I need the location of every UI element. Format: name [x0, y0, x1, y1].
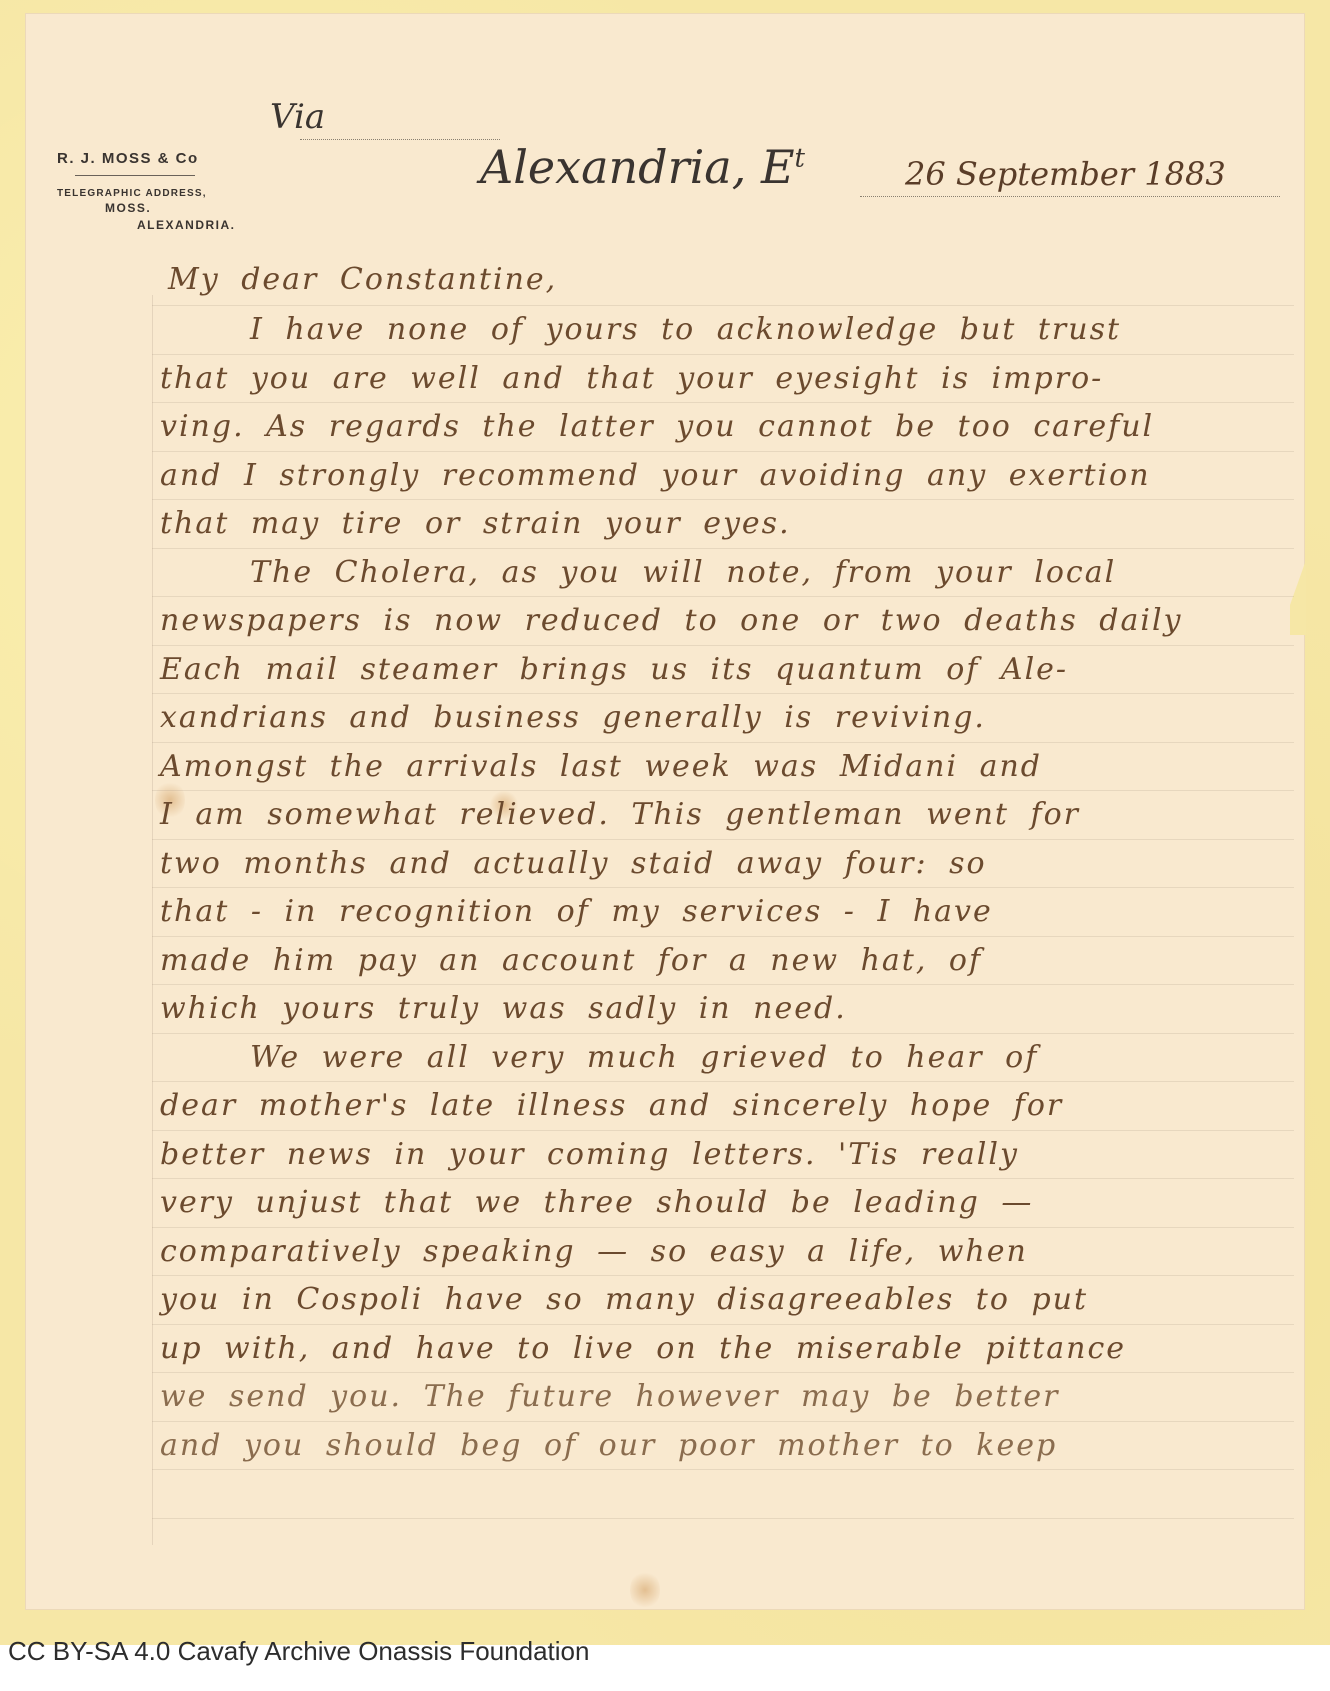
place-heading: Alexandria, Et [480, 140, 805, 194]
ruled-line [152, 499, 1294, 500]
letter-line: made him pay an account for a new hat, o… [160, 943, 982, 978]
letter-line: and you should beg of our poor mother to… [160, 1428, 1057, 1463]
via-label: Via [270, 97, 325, 137]
letter-line: better news in your coming letters. 'Tis… [160, 1137, 1019, 1172]
letter-line: newspapers is now reduced to one or two … [160, 603, 1183, 638]
ruled-line [152, 839, 1294, 840]
letter-line: ving. As regards the latter you cannot b… [160, 409, 1154, 444]
ruled-line [152, 451, 1294, 452]
foxing-stain [630, 1570, 660, 1610]
letter-line: Amongst the arrivals last week was Midan… [160, 749, 1042, 784]
ruled-line [152, 742, 1294, 743]
ruled-line [152, 354, 1294, 355]
letter-line: that you are well and that your eyesight… [160, 361, 1103, 396]
ruled-line [152, 1275, 1294, 1276]
letter-line: dear mother's late illness and sincerely… [160, 1088, 1063, 1123]
ruled-line [152, 548, 1294, 549]
ruled-line [152, 1518, 1294, 1519]
letter-line: very unjust that we three should be lead… [160, 1185, 1033, 1220]
ruled-line [152, 1130, 1294, 1131]
letterhead: R. J. MOSS & Co TELEGRAPHIC ADDRESS, MOS… [57, 150, 236, 232]
ruled-line [152, 984, 1294, 985]
ruled-line [152, 1324, 1294, 1325]
letter-line: xandrians and business generally is revi… [160, 700, 986, 735]
ruled-line [152, 1033, 1294, 1034]
letter-line: Each mail steamer brings us its quantum … [160, 652, 1068, 687]
telegraphic-address-2: ALEXANDRIA. [137, 218, 236, 232]
ruled-line [152, 305, 1294, 306]
telegraphic-label: TELEGRAPHIC ADDRESS, [57, 188, 236, 199]
ruled-line [152, 402, 1294, 403]
letter-line: I have none of yours to acknowledge but … [250, 312, 1121, 347]
company-name: R. J. MOSS & Co [57, 150, 236, 167]
ruled-line [152, 1227, 1294, 1228]
ruled-line [152, 693, 1294, 694]
ruled-line [152, 645, 1294, 646]
ruled-line [152, 887, 1294, 888]
place-superscript: t [795, 144, 805, 174]
ruled-line [152, 790, 1294, 791]
letter-line: that - in recognition of my services - I… [160, 894, 993, 929]
ruled-line [152, 1081, 1294, 1082]
ruled-line [152, 1421, 1294, 1422]
letter-line: you in Cospoli have so many disagreeable… [160, 1282, 1088, 1317]
credit-line: CC BY-SA 4.0 Cavafy Archive Onassis Foun… [8, 1636, 589, 1667]
letter-line: that may tire or strain your eyes. [160, 506, 791, 541]
ruled-line [152, 1372, 1294, 1373]
letter-line: we send you. The future however may be b… [160, 1379, 1060, 1414]
ruled-line [152, 596, 1294, 597]
margin-line [152, 295, 153, 1545]
letter-line: two months and actually staid away four:… [160, 846, 987, 881]
date-dotted-line [860, 196, 1280, 197]
letter-line: I am somewhat relieved. This gentleman w… [160, 797, 1080, 832]
letter-line: The Cholera, as you will note, from your… [250, 555, 1116, 590]
letter-line: comparatively speaking — so easy a life,… [160, 1234, 1028, 1269]
ruled-line [152, 936, 1294, 937]
letter-line: and I strongly recommend your avoiding a… [160, 458, 1151, 493]
place-text: Alexandria, E [480, 140, 795, 194]
letterhead-divider [75, 175, 195, 176]
ruled-line [152, 1178, 1294, 1179]
telegraphic-address-1: MOSS. [105, 201, 236, 215]
letter-date: 26 September 1883 [905, 155, 1226, 193]
ruled-line [152, 1469, 1294, 1470]
letter-line: which yours truly was sadly in need. [160, 991, 847, 1026]
salutation: My dear Constantine, [168, 262, 557, 297]
letter-line: We were all very much grieved to hear of [250, 1040, 1038, 1075]
letter-line: up with, and have to live on the miserab… [160, 1331, 1126, 1366]
via-dotted-line [300, 139, 500, 140]
